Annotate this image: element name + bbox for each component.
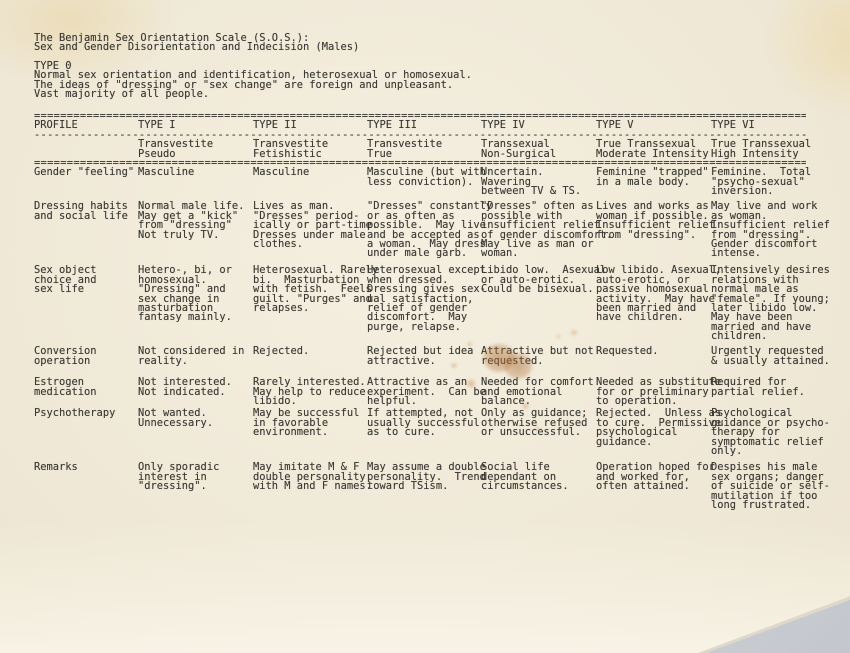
- cell: Libido low. Asexual or auto-erotic. Coul…: [481, 266, 596, 347]
- table-subheader-row: Transvestite Pseudo Transvestite Fetishi…: [34, 140, 806, 159]
- subheader-type2: Transvestite Fetishistic: [253, 140, 367, 159]
- cell: Psychological guidance or psycho- therap…: [711, 409, 830, 463]
- cell: Feminine "trapped" in a male body.: [596, 168, 711, 202]
- cell: Operation hoped for and worked for, ofte…: [596, 463, 711, 510]
- cell: Masculine: [253, 168, 367, 202]
- table-row-gender-feeling: Gender "feeling" Masculine Masculine Mas…: [34, 168, 806, 202]
- cell: Urgently requested & usually attained.: [711, 347, 830, 378]
- column-header-type2: TYPE II: [253, 121, 367, 130]
- document-title-line2: Sex and Gender Disorientation and Indeci…: [34, 43, 472, 52]
- cell: Despises his male sex organs; danger of …: [711, 463, 830, 510]
- cell: Rejected but idea attractive.: [367, 347, 481, 378]
- row-label: Estrogen medication: [34, 378, 138, 409]
- document-header: The Benjamin Sex Orientation Scale (S.O.…: [34, 34, 472, 99]
- table-header-row: PROFILE TYPE I TYPE II TYPE III TYPE IV …: [34, 121, 806, 130]
- cell: Masculine (but with less conviction).: [367, 168, 481, 202]
- paper-light-area: [0, 520, 850, 653]
- cell: Intensively desires relations with norma…: [711, 266, 830, 347]
- cell: Feminine. Total "psycho-sexual" inversio…: [711, 168, 811, 202]
- table-row-sex-object: Sex object choice and sex life Hetero-, …: [34, 266, 806, 347]
- cell: May be successful in favorable environme…: [253, 409, 367, 463]
- cell: Attractive as an experiment. Can be help…: [367, 378, 481, 409]
- cell: Normal male life. May get a "kick" from …: [138, 202, 253, 266]
- cell: Required for partial relief.: [711, 378, 806, 409]
- table-row-conversion-operation: Conversion operation Not considered in r…: [34, 347, 806, 378]
- table-row-estrogen-medication: Estrogen medication Not interested. Not …: [34, 378, 806, 409]
- cell: Attractive but not requested.: [481, 347, 596, 378]
- subheader-blank: [34, 140, 138, 159]
- cell: May live and work as woman. Insufficient…: [711, 202, 830, 266]
- cell: Rejected.: [253, 347, 367, 378]
- column-header-type4: TYPE IV: [481, 121, 596, 130]
- profile-table: ========================================…: [34, 112, 806, 510]
- cell: Not considered in reality.: [138, 347, 253, 378]
- cell: Not interested. Not indicated.: [138, 378, 253, 409]
- cell: Uncertain. Wavering between TV & TS.: [481, 168, 596, 202]
- cell: "Dresses" often as possible with insuffi…: [481, 202, 596, 266]
- subheader-type1: Transvestite Pseudo: [138, 140, 253, 159]
- column-header-type5: TYPE V: [596, 121, 711, 130]
- cell: Masculine: [138, 168, 253, 202]
- scanner-background-corner: [658, 575, 850, 653]
- cell: Rarely interested. May help to reduce li…: [253, 378, 367, 409]
- row-label: Psychotherapy: [34, 409, 138, 463]
- column-header-type6: TYPE VI: [711, 121, 806, 130]
- row-label: Dressing habits and social life: [34, 202, 138, 266]
- table-row-psychotherapy: Psychotherapy Not wanted. Unnecessary. M…: [34, 409, 806, 463]
- cell: Social life dependant on circumstances.: [481, 463, 596, 510]
- cell: Only as guidance; otherwise refused or u…: [481, 409, 596, 463]
- row-label: Remarks: [34, 463, 138, 510]
- cell: Not wanted. Unnecessary.: [138, 409, 253, 463]
- cell: Rejected. Unless as to cure. Permissive …: [596, 409, 711, 463]
- column-header-type3: TYPE III: [367, 121, 481, 130]
- cell: "Dresses" constantly or as often as poss…: [367, 202, 481, 266]
- cell: May imitate M & F double personality wit…: [253, 463, 367, 510]
- cell: Heterosexual. Rarely bi. Masturbation wi…: [253, 266, 367, 347]
- column-header-type1: TYPE I: [138, 121, 253, 130]
- subheader-type4: Transsexual Non-Surgical: [481, 140, 596, 159]
- cell: Low libido. Asexual, auto-erotic, or pas…: [596, 266, 711, 347]
- column-header-profile: PROFILE: [34, 121, 138, 130]
- cell: May assume a double personality. Trend t…: [367, 463, 481, 510]
- subheader-type6: True Transsexual High Intensity: [711, 140, 811, 159]
- cell: Only sporadic interest in "dressing".: [138, 463, 253, 510]
- table-row-dressing-habits: Dressing habits and social life Normal m…: [34, 202, 806, 266]
- cell: Heterosexual except when dressed. Dressi…: [367, 266, 481, 347]
- scanned-document-page: The Benjamin Sex Orientation Scale (S.O.…: [0, 0, 850, 653]
- cell: Requested.: [596, 347, 711, 378]
- cell: Lives and works as woman if possible. In…: [596, 202, 711, 266]
- paper-age-tint: [760, 0, 850, 120]
- type0-line: Vast majority of all people.: [34, 90, 472, 99]
- row-label: Gender "feeling": [34, 168, 138, 202]
- cell: Needed for comfort and emotional balance…: [481, 378, 596, 409]
- cell: If attempted, not usually successful as …: [367, 409, 481, 463]
- subheader-type3: Transvestite True: [367, 140, 481, 159]
- table-row-remarks: Remarks Only sporadic interest in "dress…: [34, 463, 806, 510]
- row-label: Conversion operation: [34, 347, 138, 378]
- cell: Needed as substitute for or preliminary …: [596, 378, 711, 409]
- subheader-type5: True Transsexual Moderate Intensity: [596, 140, 711, 159]
- row-label: Sex object choice and sex life: [34, 266, 138, 347]
- cell: Hetero-, bi, or homosexual. "Dressing" a…: [138, 266, 253, 347]
- cell: Lives as man. "Dresses" period- ically o…: [253, 202, 367, 266]
